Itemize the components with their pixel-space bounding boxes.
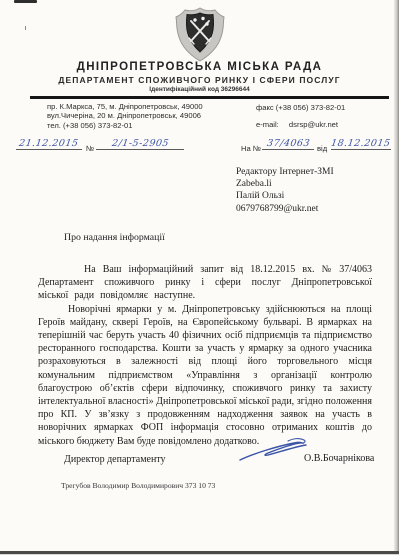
body-paragraph-2: Новорічні ярмарки у м. Дніпропетровську … bbox=[38, 303, 372, 448]
number-label: № bbox=[86, 144, 94, 153]
signer-name: О.В.Бочарнікова bbox=[304, 453, 374, 464]
address-line-1: пр. К.Маркса, 75, м. Дніпропетровськ, 49… bbox=[47, 102, 203, 111]
letter-body: На Ваш інформаційний запит від 18.12.201… bbox=[38, 263, 372, 448]
outgoing-number-field: 2/1-5-2905 bbox=[96, 138, 184, 150]
subject-line: Про надання інформації bbox=[64, 232, 165, 243]
outgoing-date-handwriting: 21.12.2015 bbox=[19, 138, 80, 149]
scan-artifact bbox=[14, 0, 37, 3]
signer-position: Директор департаменту bbox=[64, 454, 166, 465]
recipient-block: Редактору Інтернет-ЗМІ Zabeba.li Палій О… bbox=[236, 166, 334, 215]
fax-line: факс (+38 056) 373-82-01 bbox=[256, 103, 345, 112]
recipient-media: Zabeba.li bbox=[236, 178, 334, 190]
org-name: ДНІПРОПЕТРОВСЬКА МІСЬКА РАДА bbox=[0, 61, 399, 73]
incoming-date-field: 18.12.2015 bbox=[331, 138, 391, 150]
id-code: Ідентифікаційний код 36296644 bbox=[0, 86, 399, 93]
incoming-date-handwriting: 18.12.2015 bbox=[331, 138, 392, 149]
recipient-name: Палій Ользі bbox=[236, 190, 334, 202]
executor-line: Трегубов Володимир Володимирович 373 10 … bbox=[61, 481, 215, 490]
scan-artifact bbox=[25, 26, 26, 30]
incoming-number-field: 37/4063 bbox=[262, 138, 314, 150]
email-row: e-mail: dsrsp@ukr.net bbox=[256, 120, 338, 129]
recipient-email: 0679768799@ukr.net bbox=[236, 203, 334, 215]
signature-icon bbox=[238, 436, 308, 471]
scan-edge bbox=[394, 0, 399, 555]
outgoing-number-handwriting: 2/1-5-2905 bbox=[111, 138, 169, 149]
email-value: dsrsp@ukr.net bbox=[289, 120, 338, 129]
outgoing-date-field: 21.12.2015 bbox=[16, 138, 82, 150]
coat-of-arms-icon bbox=[173, 7, 227, 68]
header-rule bbox=[30, 96, 389, 99]
incoming-number-label: На № bbox=[241, 144, 261, 153]
email-label: e-mail: bbox=[256, 120, 279, 129]
phone-line: тел. (+38 056) 373-82-01 bbox=[47, 121, 203, 130]
scanned-letter-page: ДНІПРОПЕТРОВСЬКА МІСЬКА РАДА ДЕПАРТАМЕНТ… bbox=[0, 0, 399, 555]
address-line-2: вул.Чичеріна, 20 м. Дніпропетровськ, 490… bbox=[47, 111, 203, 120]
reference-row: 21.12.2015 № 2/1-5-2905 На № 37/4063 від… bbox=[0, 136, 399, 158]
from-date-label: від bbox=[317, 144, 327, 153]
recipient-title: Редактору Інтернет-ЗМІ bbox=[236, 166, 334, 178]
department-name: ДЕПАРТАМЕНТ СПОЖИВЧОГО РИНКУ І СФЕРИ ПОС… bbox=[0, 75, 399, 85]
incoming-number-handwriting: 37/4063 bbox=[266, 138, 311, 149]
body-paragraph-1: На Ваш інформаційний запит від 18.12.201… bbox=[38, 263, 372, 303]
address-block: пр. К.Маркса, 75, м. Дніпропетровськ, 49… bbox=[47, 102, 203, 130]
